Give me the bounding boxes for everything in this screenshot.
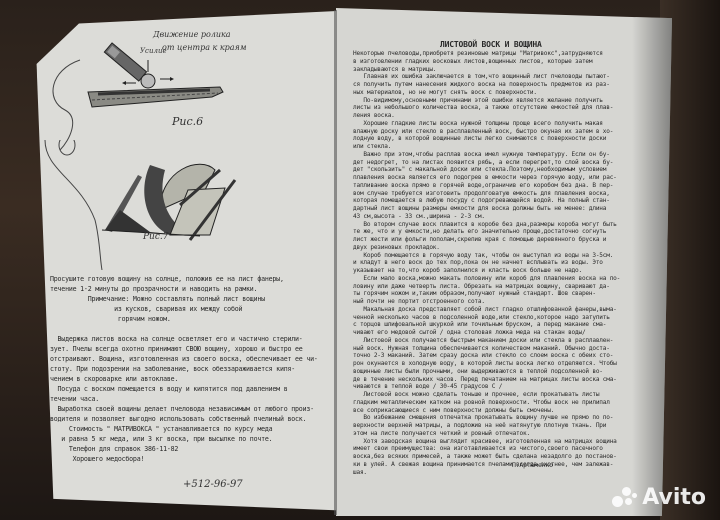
right-page-text: Некоторые пчеловоды,приобретя резиновые … [353, 50, 620, 476]
text-line: стоту. При подозрении на заболевание, во… [50, 364, 318, 374]
text-line: или стекла. [353, 143, 620, 151]
fig6-caption: Рис.6 [172, 115, 203, 128]
text-line: плавления воска является его подогрев в … [353, 174, 620, 182]
text-line: течении часа. [50, 394, 318, 404]
text-line: в изготовлении гладких восковых листов,в… [353, 58, 620, 66]
text-line: двух резиновых прокладок. [353, 244, 620, 252]
watermark-text: Avito [642, 485, 706, 510]
text-line: Некоторые пчеловоды,приобретя резиновые … [353, 50, 620, 58]
fig7-caption: Рис.7 [143, 232, 168, 242]
text-line: Просушите готовую вощину на солнце, поло… [50, 274, 318, 284]
text-line: 43 см,высота - 33 см.,ширина - 2-3 см. [353, 213, 620, 221]
text-line: отстраивают. Вощина, изготовленная из св… [50, 354, 318, 364]
text-line: Листовой воск получается быстрым макание… [353, 337, 620, 345]
page-fold [334, 10, 337, 515]
text-line: ки в улей. А свежая вощина принимается п… [353, 461, 620, 469]
text-line: ный почти не портит отстроенного сота. [353, 298, 620, 306]
text-line: лодную воду, в которой вощинные листы ле… [353, 135, 620, 143]
text-line: Листовой воск можно сделать тоньше и про… [353, 391, 620, 399]
text-line: водителя и позволяет выгодно использоват… [50, 414, 318, 424]
text-line: чиваются в теплой воде / 30-45 градусов … [353, 383, 620, 391]
text-line: лист жести или фольги пополам,скрепив кр… [353, 236, 620, 244]
text-line: Короб помещается в горячую воду так, что… [353, 252, 620, 260]
figure-7-drawing [40, 140, 340, 270]
text-line: указывает на то,что короб заполнился и к… [353, 267, 620, 275]
text-line: Во избежание смещения отпечатка прокатыв… [353, 414, 620, 422]
signature: П.Артеменко [512, 461, 553, 470]
text-line: ления воска. [353, 112, 620, 120]
text-line: течение 1-2 минуты до прозрачности и нав… [50, 284, 318, 294]
text-line: Макальная доска представляет собой лист … [353, 306, 620, 314]
avito-watermark: Avito [612, 485, 706, 510]
text-line: ных материалов, но не могут снять воск с… [353, 89, 620, 97]
text-line: Хорошего медосбора! [50, 454, 318, 464]
text-line: гладким металлическим катком на ровной п… [353, 399, 620, 407]
text-line: верхности верхней матрицы, а подложив на… [353, 422, 620, 430]
text-line: дет "скользить" с макальной доски или ст… [353, 166, 620, 174]
left-page-text: Просушите готовую вощину на солнце, поло… [50, 264, 318, 474]
text-line: вощинные листы были прочными, они выдерж… [353, 368, 620, 376]
text-line: Примечание: Можно составлять полный лист… [50, 294, 318, 304]
text-line: ты горячим ножом и,таким образом,получаю… [353, 290, 620, 298]
fig6-label-motion: Движение ролика [153, 30, 231, 39]
text-line: чивают его медовой сытой / одна столовая… [353, 329, 620, 337]
text-line: Посуда с воском помещается в воду и кипя… [50, 384, 318, 394]
text-line: листы из небольшого количества воска, а … [353, 104, 620, 112]
text-line: те же, что и у емкости,но делать его зна… [353, 228, 620, 236]
text-line: Стоимость " МАТРИВОКСА " устанавливается… [50, 424, 318, 434]
text-line: Во втором случае воск плавится в коробе … [353, 221, 620, 229]
handwritten-phone: +512-96-97 [183, 479, 243, 490]
text-line: точно 2-3 маканий. Затем сразу доска или… [353, 352, 620, 360]
fig6-label-direction: от центра к краям [162, 43, 246, 52]
text-line: Важно при этом,чтобы расплав воска имел … [353, 151, 620, 159]
document-title: ЛИСТОВОЙ ВОСК И ВОЩИНА [440, 40, 542, 49]
text-line: и равна 5 кг меда, или 3 кг воска, при в… [50, 434, 318, 444]
text-line: шая. [353, 469, 620, 477]
avito-logo-icon [612, 487, 638, 509]
text-line: с торцов шлифовальной шкуркой или точиль… [353, 321, 620, 329]
text-line: Выработка своей вощины делает пчеловода … [50, 404, 318, 414]
text-line: Выдержка листов воска на солнце осветляе… [50, 334, 318, 344]
fig6-label-force: Усилие [140, 47, 167, 55]
text-line: дартный лист вощины размеры емкости для … [353, 205, 620, 213]
text-line [50, 324, 318, 334]
text-line: Главная их ошибка заключается в том,что … [353, 73, 620, 81]
text-line: горячим ножом. [50, 314, 318, 324]
text-line: Хотя заводская вощина выглядит красивее,… [353, 438, 620, 446]
text-line: зует. Пчелы всегда охотно принимают СВОЮ… [50, 344, 318, 354]
text-line: чением в скороварке или автоклаве. [50, 374, 318, 384]
text-line: Если мало воска,можно макать половину ил… [353, 275, 620, 283]
text-line: рон окунается в холодную воду, в которой… [353, 360, 620, 368]
text-line: этом на листе получается четкий и ровный… [353, 430, 620, 438]
text-line: Хорошие гладкие листы воска нужной толщи… [353, 120, 620, 128]
text-line: ся получить путем нанесения жидкого воск… [353, 81, 620, 89]
text-line: Телефон для справок 386-11-82 [50, 444, 318, 454]
text-line: и кладут в него воск до тех пор,пока он … [353, 259, 620, 267]
text-line: имеет свои преимущества: она изготавлива… [353, 445, 620, 453]
text-line: которая помещается в любую посуду с подо… [353, 197, 620, 205]
text-line: тапливание воска прямо в горячей воде,ог… [353, 182, 620, 190]
text-line: из кусков, сваривая их между собой [50, 304, 318, 314]
text-line: воска,без всяких примесей, а также может… [353, 453, 620, 461]
